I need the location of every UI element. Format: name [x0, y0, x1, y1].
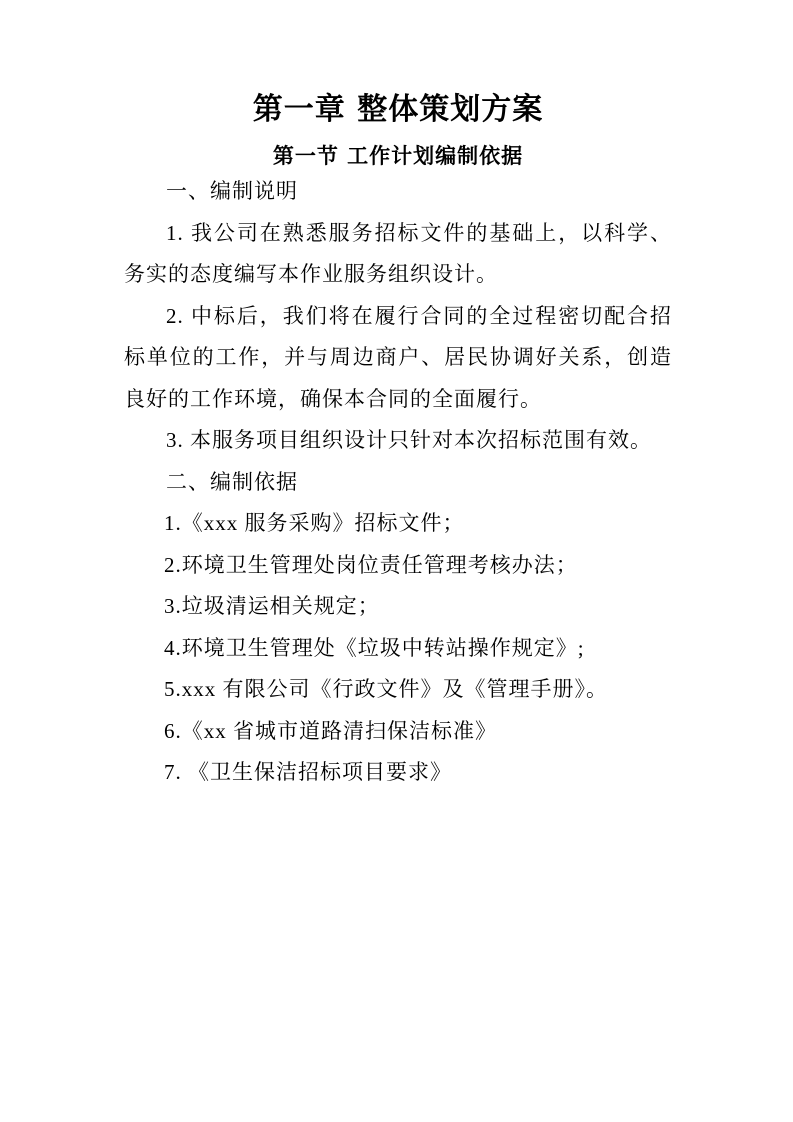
- chapter-title: 第一章 整体策划方案: [124, 88, 672, 132]
- subsection-heading-compilation-notes: 一、编制说明: [124, 171, 672, 213]
- list-item: 1.《xxx 服务采购》招标文件；: [124, 503, 672, 545]
- list-item: 5.xxx 有限公司《行政文件》及《管理手册》。: [124, 669, 672, 711]
- paragraph: 3. 本服务项目组织设计只针对本次招标范围有效。: [124, 420, 672, 462]
- list-item: 4.环境卫生管理处《垃圾中转站操作规定》;: [124, 628, 672, 670]
- subsection-heading-compilation-basis: 二、编制依据: [124, 462, 672, 504]
- list-item: 2.环境卫生管理处岗位责任管理考核办法；: [124, 545, 672, 587]
- list-item: 7. 《卫生保洁招标项目要求》: [124, 752, 672, 794]
- paragraph: 2. 中标后，我们将在履行合同的全过程密切配合招标单位的工作，并与周边商户、居民…: [124, 296, 672, 421]
- document-body: 一、编制说明 1. 我公司在熟悉服务招标文件的基础上，以科学、务实的态度编写本作…: [124, 171, 672, 794]
- document-content: 第一章 整体策划方案 第一节 工作计划编制依据 一、编制说明 1. 我公司在熟悉…: [124, 88, 672, 794]
- paragraph: 1. 我公司在熟悉服务招标文件的基础上，以科学、务实的态度编写本作业服务组织设计…: [124, 213, 672, 296]
- list-item: 6.《xx 省城市道路清扫保洁标准》: [124, 711, 672, 753]
- list-item: 3.垃圾清运相关规定；: [124, 586, 672, 628]
- document-page: 第一章 整体策划方案 第一节 工作计划编制依据 一、编制说明 1. 我公司在熟悉…: [0, 0, 793, 1122]
- section-title: 第一节 工作计划编制依据: [124, 141, 672, 171]
